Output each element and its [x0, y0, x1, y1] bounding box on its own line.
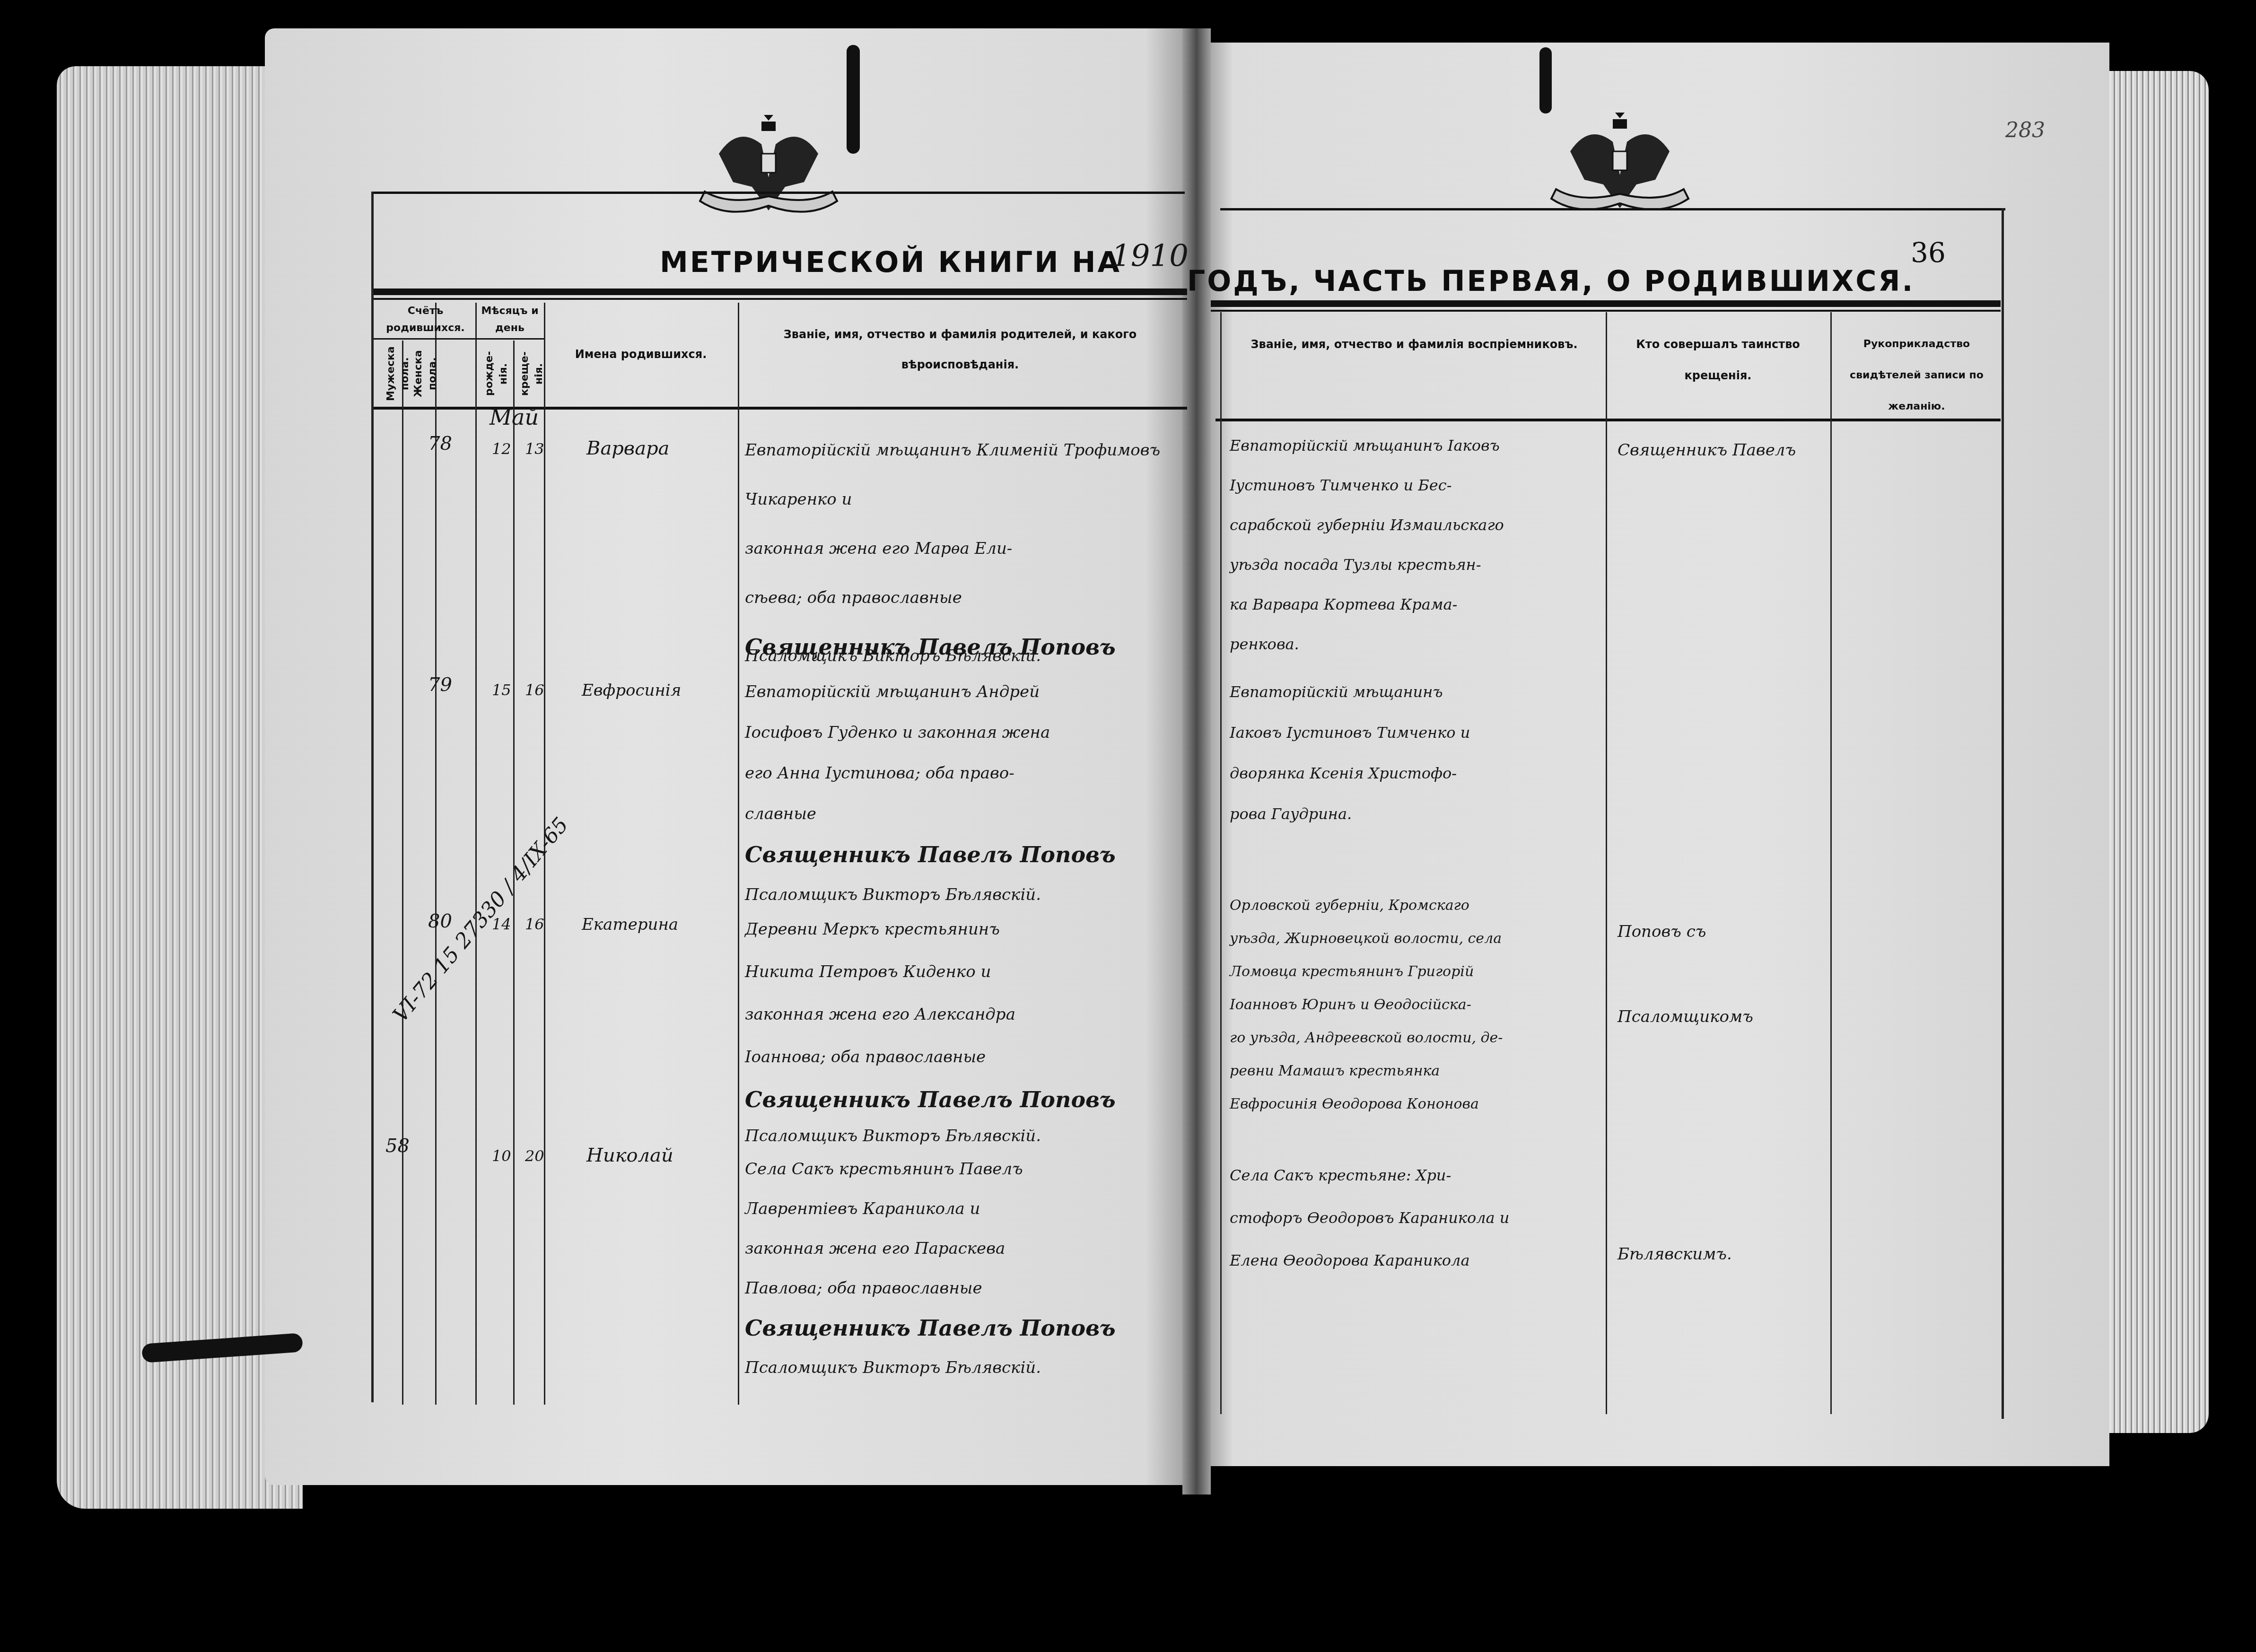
priest-signature: Священникъ Павелъ Поповъ [745, 834, 1180, 875]
birth-day: 10 [492, 1147, 511, 1165]
parents-line: Іоаннова; оба православные [745, 1036, 1180, 1078]
col-line [435, 303, 437, 1405]
col-line [402, 341, 403, 1405]
female-number: 80 [428, 910, 452, 932]
birth-day: 12 [492, 440, 511, 458]
col-header-birth: рожде-нія. [482, 343, 506, 404]
col-header-female: Женска пола. [411, 343, 430, 404]
baptism-day: 16 [525, 915, 544, 933]
frame-right [2002, 208, 2004, 1419]
book-page-edges-right [2100, 71, 2209, 1433]
col-line [475, 303, 477, 1405]
godparents-line: уѣзда посада Тузлы крестьян- [1230, 545, 1603, 585]
godparents-line: Елена Ѳеодорова Караникола [1230, 1239, 1603, 1282]
binding-mark-right [1539, 47, 1552, 114]
godparents-line: стофоръ Ѳеодоровъ Караникола и [1230, 1197, 1603, 1239]
child-name: Евфросинія [582, 681, 681, 700]
godparents-line: рова Гаудрина. [1230, 794, 1603, 834]
parents-line: законная жена его Параскева [745, 1229, 1180, 1268]
col-header-witnesses: Рукоприкладство свидѣтелей записи по жел… [1835, 329, 1998, 422]
godparents-line: Села Сакъ крестьяне: Хри- [1230, 1154, 1603, 1197]
col-header-performed-by: Кто совершалъ таинство крещенія. [1610, 329, 1826, 391]
col-header-godparents: Званіе, имя, отчество и фамилія воспріем… [1230, 329, 1599, 360]
parents-line: славные [745, 794, 1180, 834]
parents-line: Села Сакъ крестьянинъ Павелъ [745, 1149, 1180, 1189]
col-header-parents: Званіе, имя, отчество и фамилія родителе… [743, 319, 1178, 380]
binding-mark-left [847, 45, 860, 154]
godparents-line: Евфросинія Ѳеодорова Кононова [1230, 1088, 1603, 1121]
godparents-line: ревни Мамашъ крестьянка [1230, 1055, 1603, 1088]
col-header-month-day: Мѣсяцъ и день [477, 303, 543, 337]
priest-signature: Священникъ Павелъ Поповъ [745, 1308, 1180, 1348]
page-title-right: ГОДЪ, ЧАСТЬ ПЕРВАЯ, О РОДИВШИХСЯ. [1187, 265, 1915, 298]
baptism-day: 20 [525, 1147, 544, 1165]
col-header-male: Мужеска пола. [384, 343, 402, 404]
parents-line: Никита Петровъ Киденко и [745, 951, 1180, 993]
month-label: Май [490, 404, 539, 430]
page-number: 36 [1911, 236, 1946, 269]
col-line [1220, 312, 1222, 1414]
child-name: Варвара [586, 437, 669, 459]
parents-line: Павлова; оба православные [745, 1268, 1180, 1308]
header-rule-left-thin [374, 298, 1187, 300]
godparents-line: Іустиновъ Тимченко и Бес- [1230, 465, 1603, 505]
year-handwritten: 1910 [1111, 239, 1189, 274]
performed-by: Бѣлявскимъ. [1618, 1230, 1826, 1279]
col-line [738, 303, 739, 1405]
header-rule-right-thin [1211, 310, 2001, 312]
header-rule-right [1211, 300, 2001, 307]
parents-line: Деревни Меркъ крестьянинъ [745, 908, 1180, 951]
page-title-left: МЕТРИЧЕСКОЙ КНИГИ НА [660, 246, 1121, 279]
col-header-baptism: креще-нія. [518, 343, 542, 404]
parents-line: Іосифовъ Гуденко и законная жена [745, 712, 1180, 753]
col-line [1606, 312, 1607, 1414]
baptism-day: 13 [525, 440, 544, 458]
col-line [1830, 312, 1832, 1414]
child-name: Николай [586, 1145, 673, 1166]
imperial-eagle-crest-icon [691, 111, 847, 220]
godparents-line: ка Варвара Кортева Крама- [1230, 585, 1603, 624]
subhead-rule [374, 338, 478, 340]
godparents-line: ренкова. [1230, 624, 1603, 664]
godparents-line: Орловской губерніи, Кромскаго [1230, 889, 1603, 922]
parents-line: Евпаторійскій мѣщанинъ Клименій Трофимов… [745, 426, 1180, 524]
col-header-names: Имена родившихся. [546, 338, 735, 370]
parents-line: его Анна Іустинова; оба право- [745, 753, 1180, 794]
godparents-line: дворянка Ксенія Христофо- [1230, 753, 1603, 794]
parents-line: Евпаторійскій мѣщанинъ Андрей [745, 672, 1180, 712]
performed-by: Поповъ съ Псаломщикомъ [1618, 889, 1826, 1059]
frame-top-left [371, 192, 1185, 194]
birth-day: 15 [492, 681, 511, 699]
baptism-day: 16 [525, 681, 544, 699]
parents-line: законная жена его Александра [745, 993, 1180, 1036]
godparents-line: сарабской губерніи Измаильскаго [1230, 505, 1603, 545]
godparents-line: Іаковъ Іустиновъ Тимченко и [1230, 712, 1603, 753]
male-number: 58 [385, 1135, 410, 1157]
godparents-line: Іоанновъ Юринъ и Ѳеодосійска- [1230, 988, 1603, 1022]
female-number: 79 [428, 674, 452, 696]
parents-line: законная жена его Марѳа Ели- [745, 524, 1180, 573]
godparents-line: го уѣзда, Андреевской волости, де- [1230, 1022, 1603, 1055]
parents-line: Лаврентіевъ Караникола и [745, 1189, 1180, 1229]
female-number: 78 [428, 433, 452, 455]
archive-page-number: 283 [2005, 118, 2045, 142]
godparents-line: Евпаторійскій мѣщанинъ Іаковъ [1230, 426, 1603, 465]
godparents-line: Евпаторійскій мѣщанинъ [1230, 672, 1603, 712]
imperial-eagle-crest-icon [1542, 109, 1698, 218]
col-header-count: Счётъ родившихся. [375, 303, 476, 337]
frame-left [371, 192, 374, 1402]
godparents-line: Ломовца крестьянинъ Григорій [1230, 955, 1603, 988]
frame-top-right [1220, 208, 2005, 210]
child-name: Екатерина [582, 915, 678, 934]
godparents-line: уѣзда, Жирновецкой волости, села [1230, 922, 1603, 955]
header-rule-left [374, 288, 1187, 295]
performed-by: Священникъ Павелъ [1618, 426, 1826, 475]
parents-line: сѣева; оба православные [745, 573, 1180, 622]
subhead-rule [475, 338, 544, 340]
psalmist-signature: Псаломщикъ Викторъ Бѣлявскій. [745, 1348, 1180, 1388]
